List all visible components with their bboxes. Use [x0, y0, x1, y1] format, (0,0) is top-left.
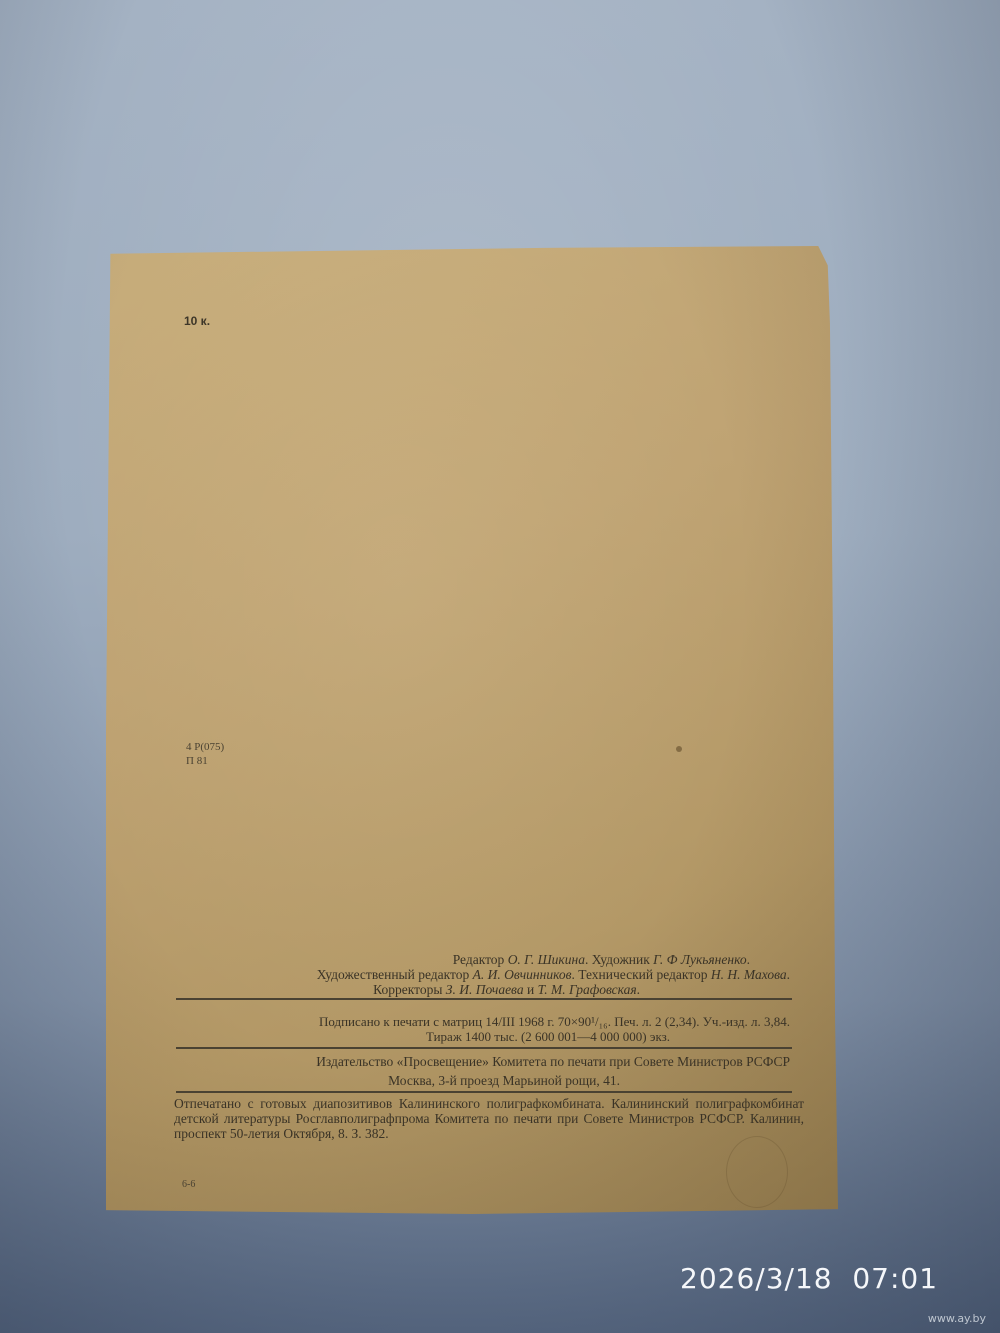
- credits-line: Редактор О. Г. Шикина. Художник Г. Ф Лук…: [317, 952, 790, 967]
- publisher-block: Издательство «Просвещение» Комитета по п…: [316, 1052, 790, 1090]
- credits-block: Редактор О. Г. Шикина. Художник Г. Ф Лук…: [317, 952, 790, 997]
- person-name: Г. Ф Лукьяненко: [653, 952, 746, 967]
- site-watermark: www.ay.by: [928, 1312, 986, 1325]
- divider: [176, 1091, 792, 1093]
- role-label: .: [747, 952, 750, 967]
- print-info-block: Подписано к печати с матриц 14/III 1968 …: [319, 1014, 790, 1044]
- printer-block: Отпечатано с готовых диапозитивов Калини…: [174, 1096, 804, 1141]
- publisher-line: Издательство «Просвещение» Комитета по п…: [316, 1052, 790, 1071]
- photo-timestamp: 2026/3/18 07:01: [680, 1262, 938, 1295]
- role-label: . Технический редактор: [572, 967, 711, 982]
- role-label: и: [524, 982, 538, 997]
- divider: [176, 998, 792, 1000]
- order-code: 6-6: [182, 1179, 195, 1190]
- print-info-line: Тираж 1400 тыс. (2 600 001—4 000 000) эк…: [319, 1029, 790, 1044]
- price-label: 10 к.: [184, 314, 210, 328]
- person-name: Т. М. Графовская: [538, 982, 637, 997]
- classification-line: П 81: [186, 754, 224, 768]
- person-name: А. И. Овчинников: [473, 967, 572, 982]
- water-stain: [726, 1136, 788, 1208]
- booklet-back-cover: 10 к. 4 Р(075) П 81 Редактор О. Г. Шикин…: [106, 246, 838, 1214]
- role-label: Редактор: [453, 952, 508, 967]
- role-label: Художественный редактор: [317, 967, 473, 982]
- role-label: .: [787, 967, 790, 982]
- role-label: Корректоры: [373, 982, 446, 997]
- person-name: З. И. Почаева: [446, 982, 524, 997]
- classification-code: 4 Р(075) П 81: [186, 740, 224, 768]
- ink-spot: [676, 746, 682, 752]
- role-label: . Художник: [585, 952, 653, 967]
- person-name: О. Г. Шикина: [508, 952, 585, 967]
- role-label: .: [637, 982, 640, 997]
- credits-line: Корректоры З. И. Почаева и Т. М. Графовс…: [317, 982, 790, 997]
- credits-line: Художественный редактор А. И. Овчинников…: [317, 967, 790, 982]
- classification-line: 4 Р(075): [186, 740, 224, 754]
- divider: [176, 1047, 792, 1049]
- publisher-line: Москва, 3-й проезд Марьиной рощи, 41.: [316, 1071, 790, 1090]
- print-info-line: Подписано к печати с матриц 14/III 1968 …: [319, 1014, 790, 1029]
- person-name: Н. Н. Махова: [711, 967, 787, 982]
